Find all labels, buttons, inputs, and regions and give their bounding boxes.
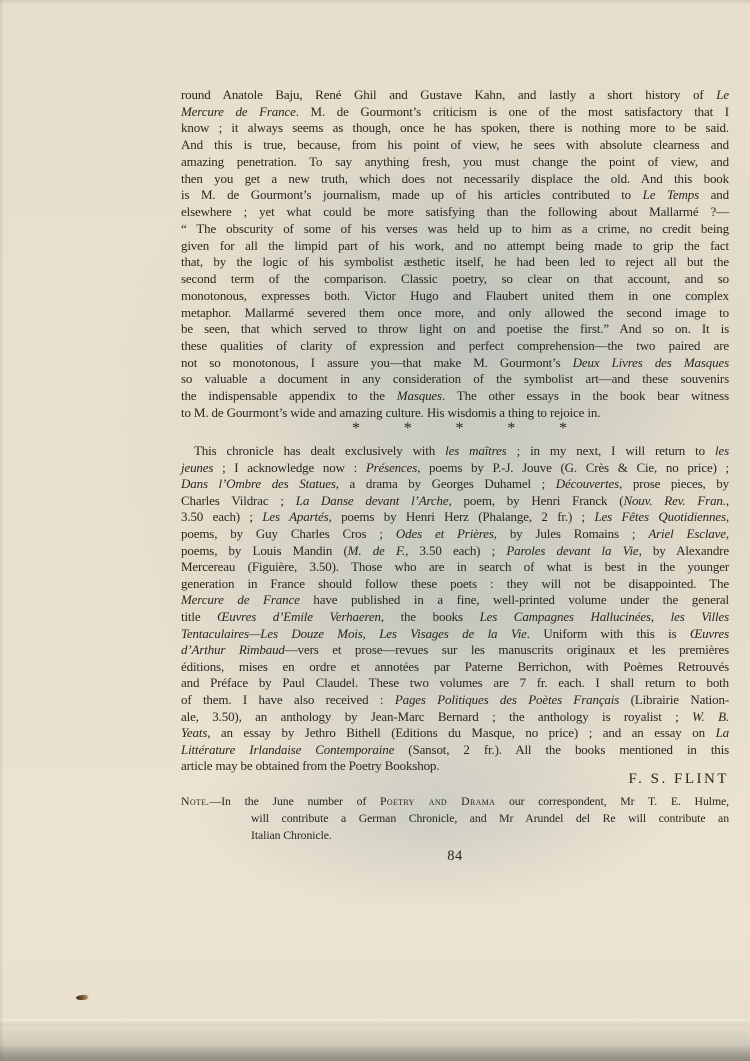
text-line: Littérature Irlandaise Contemporaine (Sa… bbox=[181, 742, 729, 759]
asterisk-icon: * bbox=[404, 422, 412, 436]
text-line: “ The obscurity of some of his verses wa… bbox=[181, 221, 729, 238]
text-segment: (Librairie Nation- bbox=[619, 692, 729, 707]
text-segment: . Uniform with this is bbox=[527, 626, 690, 641]
asterisk-icon: * bbox=[507, 422, 515, 436]
text-segment: not so monotonous, I assure you—that mak… bbox=[181, 355, 573, 370]
italic-text-segment: Masques bbox=[397, 388, 442, 403]
page-bottom-edge bbox=[0, 1019, 750, 1061]
text-line: poems, by Louis Mandin (M. de F., 3.50 e… bbox=[181, 543, 729, 560]
book-page: { "colors": { "paper": "#e9e0cd", "ink":… bbox=[0, 0, 750, 1061]
text-segment: amazing penetration. To say anything fre… bbox=[181, 154, 729, 169]
text-line: ale, 3.50), an anthology by Jean-Marc Be… bbox=[181, 709, 729, 726]
italic-text-segment: W. B. bbox=[692, 709, 729, 724]
text-segment: —vers et prose—revues sur les manuscrits… bbox=[285, 642, 729, 657]
text-line: of them. I have also received : Pages Po… bbox=[181, 692, 729, 709]
text-segment: ; I acknowledge now : bbox=[213, 460, 366, 475]
text-segment: , poems by Henri Herz (Phalange, 2 fr.) … bbox=[329, 509, 595, 524]
text-segment: round Anatole Baju, René Ghil and Gustav… bbox=[181, 87, 716, 102]
text-segment: , by Jules Romains ; bbox=[494, 526, 649, 541]
text-line: Dans l’Ombre des Statues, a drama by Geo… bbox=[181, 476, 729, 493]
text-segment: Charles Vildrac ; bbox=[181, 493, 296, 508]
page-top-edge bbox=[0, 0, 750, 4]
text-segment: that, by the logic of his symbolist æsth… bbox=[181, 254, 729, 269]
text-segment: Mercereau (Figuière, 3.50). Those who ar… bbox=[181, 559, 729, 574]
italic-text-segment: Yeats bbox=[181, 725, 207, 740]
text-line: is M. de Gourmont’s journalism, made up … bbox=[181, 187, 729, 204]
italic-text-segment: Les Campagnes Hallucinées, les Villes bbox=[480, 609, 729, 624]
text-segment: title bbox=[181, 609, 217, 624]
text-line: Mercure de France have published in a fi… bbox=[181, 592, 729, 609]
italic-text-segment: Dans l’Ombre des Statues bbox=[181, 476, 336, 491]
text-segment: (Sansot, 2 fr.). All the books mentioned… bbox=[394, 742, 729, 757]
italic-text-segment: Littérature Irlandaise Contemporaine bbox=[181, 742, 394, 757]
italic-text-segment: Deux Livres des Masques bbox=[573, 355, 729, 370]
text-line: not so monotonous, I assure you—that mak… bbox=[181, 355, 729, 372]
text-segment: given for all the limpid part of his wor… bbox=[181, 238, 729, 253]
text-segment: Italian Chronicle. bbox=[251, 828, 332, 842]
text-line: metaphor. Mallarmé severed them once mor… bbox=[181, 305, 729, 322]
italic-text-segment: Œuvres bbox=[690, 626, 729, 641]
asterisk-icon: * bbox=[559, 422, 567, 436]
text-segment: second term of the comparison. Classic p… bbox=[181, 271, 729, 286]
italic-text-segment: Mercure de France bbox=[181, 592, 300, 607]
italic-text-segment: Paroles devant la Vie bbox=[506, 543, 638, 558]
text-line: title Œuvres d’Emile Verhaeren, the book… bbox=[181, 609, 729, 626]
paragraph-1: round Anatole Baju, René Ghil and Gustav… bbox=[181, 87, 729, 422]
italic-text-segment: Les Apartés bbox=[262, 509, 328, 524]
text-line: so valuable a document in any considerat… bbox=[181, 371, 729, 388]
text-segment: , bbox=[726, 493, 729, 508]
text-segment: . The other essays in the book bear witn… bbox=[442, 388, 729, 403]
text-segment: monotonous, expresses both. Victor Hugo … bbox=[181, 288, 729, 303]
text-line: d’Arthur Rimbaud—vers et prose—revues su… bbox=[181, 642, 729, 659]
text-segment: poems, by Louis Mandin ( bbox=[181, 543, 348, 558]
text-line: Charles Vildrac ; La Danse devant l’Arch… bbox=[181, 493, 729, 510]
editorial-note: Note.—In the June number of Poetry and D… bbox=[181, 793, 729, 844]
italic-text-segment: Nouv. Rev. Fran. bbox=[623, 493, 725, 508]
text-segment: elsewhere ; yet what could be more satis… bbox=[181, 204, 729, 219]
italic-text-segment: Découvertes bbox=[556, 476, 619, 491]
text-segment: is M. de Gourmont’s journalism, made up … bbox=[181, 187, 643, 202]
text-line: 3.50 each) ; Les Apartés, poems by Henri… bbox=[181, 509, 729, 526]
text-line: that, by the logic of his symbolist æsth… bbox=[181, 254, 729, 271]
text-segment: , poem, by Henri Franck ( bbox=[449, 493, 624, 508]
text-segment: generation in France should follow these… bbox=[181, 576, 729, 591]
italic-text-segment: La bbox=[716, 725, 729, 740]
italic-text-segment: jeunes bbox=[181, 460, 213, 475]
text-segment: “ The obscurity of some of his verses wa… bbox=[181, 221, 729, 236]
text-line: the indispensable appendix to the Masque… bbox=[181, 388, 729, 405]
text-line: be seen, that which served to throw ligh… bbox=[181, 321, 729, 338]
italic-text-segment: Les Fêtes Quotidiennes bbox=[594, 509, 725, 524]
text-segment: —In the June number of bbox=[210, 794, 381, 808]
italic-text-segment: Mercure de France bbox=[181, 104, 296, 119]
text-line: This chronicle has dealt exclusively wit… bbox=[181, 443, 729, 460]
text-segment: , an essay by Jethro Bithell (Editions d… bbox=[207, 725, 715, 740]
text-segment: , bbox=[726, 526, 729, 541]
text-segment: and bbox=[699, 187, 729, 202]
text-segment: then you get a new truth, which does not… bbox=[181, 171, 729, 186]
text-segment: , prose pieces, by bbox=[619, 476, 729, 491]
text-segment: ale, 3.50), an anthology by Jean-Marc Be… bbox=[181, 709, 692, 724]
italic-text-segment: Tentaculaires—Les Douze Mois, Les Visage… bbox=[181, 626, 527, 641]
italic-text-segment: La Danse devant l’Arche bbox=[296, 493, 449, 508]
text-segment: will contribute a German Chronicle, and … bbox=[251, 811, 729, 825]
text-segment: of them. I have also received : bbox=[181, 692, 395, 707]
text-line: Mercure de France. M. de Gourmont’s crit… bbox=[181, 104, 729, 121]
text-line: Tentaculaires—Les Douze Mois, Les Visage… bbox=[181, 626, 729, 643]
text-segment: . M. de Gourmont’s criticism is one of t… bbox=[296, 104, 729, 119]
italic-text-segment: d’Arthur Rimbaud bbox=[181, 642, 285, 657]
text-line: generation in France should follow these… bbox=[181, 576, 729, 593]
text-segment: 3.50 each) ; bbox=[181, 509, 262, 524]
text-segment: , 3.50 each) ; bbox=[405, 543, 506, 558]
text-segment: metaphor. Mallarmé severed them once mor… bbox=[181, 305, 729, 320]
text-segment: these qualities of clarity of expression… bbox=[181, 338, 729, 353]
text-line: given for all the limpid part of his wor… bbox=[181, 238, 729, 255]
text-line: will contribute a German Chronicle, and … bbox=[181, 810, 729, 827]
text-segment: so valuable a document in any considerat… bbox=[181, 371, 729, 386]
text-line: then you get a new truth, which does not… bbox=[181, 171, 729, 188]
text-segment: our correspondent, Mr T. E. Hulme, bbox=[495, 794, 729, 808]
text-segment: Poetry and Drama bbox=[380, 794, 495, 808]
text-segment: know ; it always seems as though, once h… bbox=[181, 120, 729, 135]
asterisk-icon: * bbox=[352, 422, 360, 436]
text-segment: ; in my next, I will return to bbox=[507, 443, 715, 458]
italic-text-segment: Présences bbox=[366, 460, 417, 475]
text-segment: , a drama by Georges Duhamel ; bbox=[336, 476, 556, 491]
asterisk-icon: * bbox=[456, 422, 464, 436]
text-line: these qualities of clarity of expression… bbox=[181, 338, 729, 355]
italic-text-segment: Odes et Prières bbox=[396, 526, 494, 541]
text-segment: be seen, that which served to throw ligh… bbox=[181, 321, 729, 336]
text-segment: , the books bbox=[381, 609, 480, 624]
text-segment: and Préface by Paul Claudel. These two v… bbox=[181, 675, 729, 690]
text-line: jeunes ; I acknowledge now : Présences, … bbox=[181, 460, 729, 477]
text-line: amazing penetration. To say anything fre… bbox=[181, 154, 729, 171]
text-line: second term of the comparison. Classic p… bbox=[181, 271, 729, 288]
italic-text-segment: Le bbox=[716, 87, 729, 102]
italic-text-segment: M. de F. bbox=[348, 543, 406, 558]
italic-text-segment: Ariel Esclave bbox=[648, 526, 726, 541]
text-line: poems, by Guy Charles Cros ; Odes et Pri… bbox=[181, 526, 729, 543]
italic-text-segment: les maîtres bbox=[445, 443, 506, 458]
italic-text-segment: Le Temps bbox=[643, 187, 699, 202]
text-segment: This chronicle has dealt exclusively wit… bbox=[194, 443, 445, 458]
italic-text-segment: Œuvres d’Emile Verhaeren bbox=[217, 609, 381, 624]
text-segment: article may be obtained from the Poetry … bbox=[181, 758, 439, 773]
paragraph-2: This chronicle has dealt exclusively wit… bbox=[181, 443, 729, 775]
text-segment: Note. bbox=[181, 794, 210, 808]
text-segment: éditions, mises en ordre et annotées par… bbox=[181, 659, 729, 674]
section-divider: ***** bbox=[352, 422, 567, 436]
text-line: And this is true, because, from his poin… bbox=[181, 137, 729, 154]
italic-text-segment: les bbox=[715, 443, 729, 458]
text-line: Italian Chronicle. bbox=[181, 827, 729, 844]
page-number: 84 bbox=[181, 848, 729, 865]
text-line: and Préface by Paul Claudel. These two v… bbox=[181, 675, 729, 692]
text-segment: have published in a fine, well-printed v… bbox=[300, 592, 729, 607]
text-line: éditions, mises en ordre et annotées par… bbox=[181, 659, 729, 676]
text-segment: And this is true, because, from his poin… bbox=[181, 137, 729, 152]
ink-speck bbox=[76, 995, 89, 1001]
text-segment: , by Alexandre bbox=[639, 543, 729, 558]
text-segment: the indispensable appendix to the bbox=[181, 388, 397, 403]
text-line: Mercereau (Figuière, 3.50). Those who ar… bbox=[181, 559, 729, 576]
text-segment: poems, by Guy Charles Cros ; bbox=[181, 526, 396, 541]
text-segment: , bbox=[726, 509, 729, 524]
page-left-edge bbox=[0, 0, 4, 1061]
text-line: to M. de Gourmont’s wide and amazing cul… bbox=[181, 405, 729, 422]
text-line: round Anatole Baju, René Ghil and Gustav… bbox=[181, 87, 729, 104]
author-signature: F. S. FLINT bbox=[629, 771, 729, 788]
text-line: Yeats, an essay by Jethro Bithell (Editi… bbox=[181, 725, 729, 742]
italic-text-segment: Pages Politiques des Poètes Français bbox=[395, 692, 619, 707]
text-segment: , poems by P.-J. Jouve (G. Crès & Cie, n… bbox=[417, 460, 729, 475]
text-segment: to M. de Gourmont’s wide and amazing cul… bbox=[181, 405, 600, 420]
text-line: elsewhere ; yet what could be more satis… bbox=[181, 204, 729, 221]
text-line: Note.—In the June number of Poetry and D… bbox=[181, 793, 729, 810]
text-line: monotonous, expresses both. Victor Hugo … bbox=[181, 288, 729, 305]
text-line: know ; it always seems as though, once h… bbox=[181, 120, 729, 137]
